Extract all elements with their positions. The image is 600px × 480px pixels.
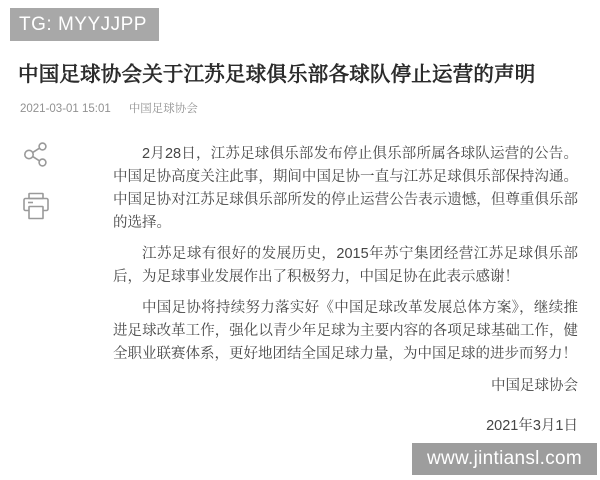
site-watermark: www.jintiansl.com — [412, 443, 597, 475]
print-icon — [22, 192, 50, 221]
share-icon — [22, 141, 49, 168]
article-meta: 2021-03-01 15:01中国足球协会 — [20, 100, 198, 116]
article-body: 2月28日，江苏足球俱乐部发布停止俱乐部所属各球队运营的公告。中国足协高度关注此… — [113, 143, 578, 477]
print-button[interactable] — [22, 192, 50, 221]
body-paragraph: 中国足协将持续努力落实好《中国足球改革发展总体方案》，继续推进足球改革工作，强化… — [113, 297, 578, 366]
body-paragraph: 2月28日，江苏足球俱乐部发布停止俱乐部所属各球队运营的公告。中国足协高度关注此… — [113, 143, 578, 235]
publish-timestamp: 2021-03-01 15:01 — [20, 103, 111, 115]
body-paragraph: 江苏足球有很好的发展历史，2015年苏宁集团经营江苏足球俱乐部后，为足球事业发展… — [113, 243, 578, 289]
share-button[interactable] — [22, 141, 49, 168]
signature-date: 2021年3月1日 — [113, 415, 578, 438]
publish-source: 中国足球协会 — [129, 103, 198, 115]
page-title: 中国足球协会关于江苏足球俱乐部各球队停止运营的声明 — [18, 61, 584, 89]
tg-watermark-badge: TG: MYYJJPP — [10, 8, 159, 41]
article-toolbar — [22, 141, 52, 245]
signature-org: 中国足球协会 — [113, 375, 578, 398]
article-page: TG: MYYJJPP 中国足球协会关于江苏足球俱乐部各球队停止运营的声明 20… — [0, 0, 600, 480]
